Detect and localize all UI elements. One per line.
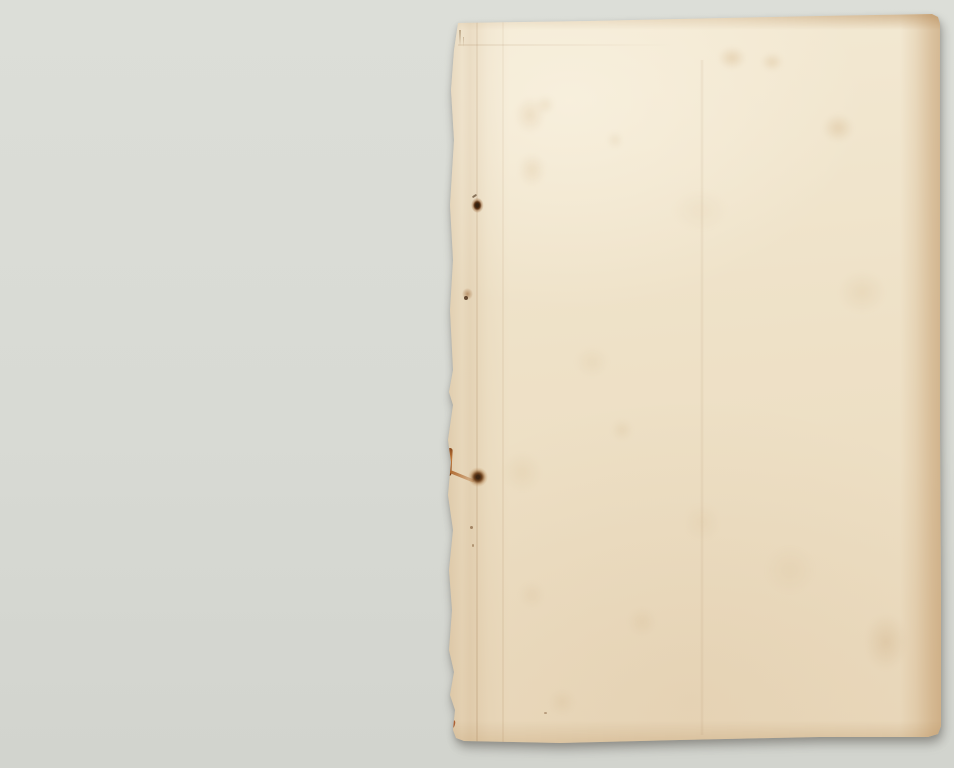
bottom-edge-shading bbox=[440, 721, 952, 755]
spine-crease-line bbox=[476, 10, 478, 755]
fore-edge-shading bbox=[900, 10, 952, 755]
photograph bbox=[0, 0, 954, 768]
center-crease bbox=[700, 60, 704, 735]
foxing-stains bbox=[440, 10, 952, 755]
top-edge-shading bbox=[440, 10, 952, 30]
spine-crease-line bbox=[502, 10, 504, 755]
staple-rust-hole bbox=[468, 465, 488, 487]
booklet-cover bbox=[440, 10, 952, 755]
speck bbox=[544, 712, 547, 714]
speck bbox=[470, 526, 473, 529]
brown-spot bbox=[462, 288, 473, 300]
worm-hole-spot bbox=[471, 196, 485, 213]
speck bbox=[472, 544, 474, 547]
spine-crease-shading bbox=[440, 10, 510, 755]
edge-scratch bbox=[463, 37, 464, 47]
booklet bbox=[440, 10, 952, 755]
edge-scratch bbox=[459, 30, 461, 46]
top-hinge-crease bbox=[458, 44, 678, 46]
